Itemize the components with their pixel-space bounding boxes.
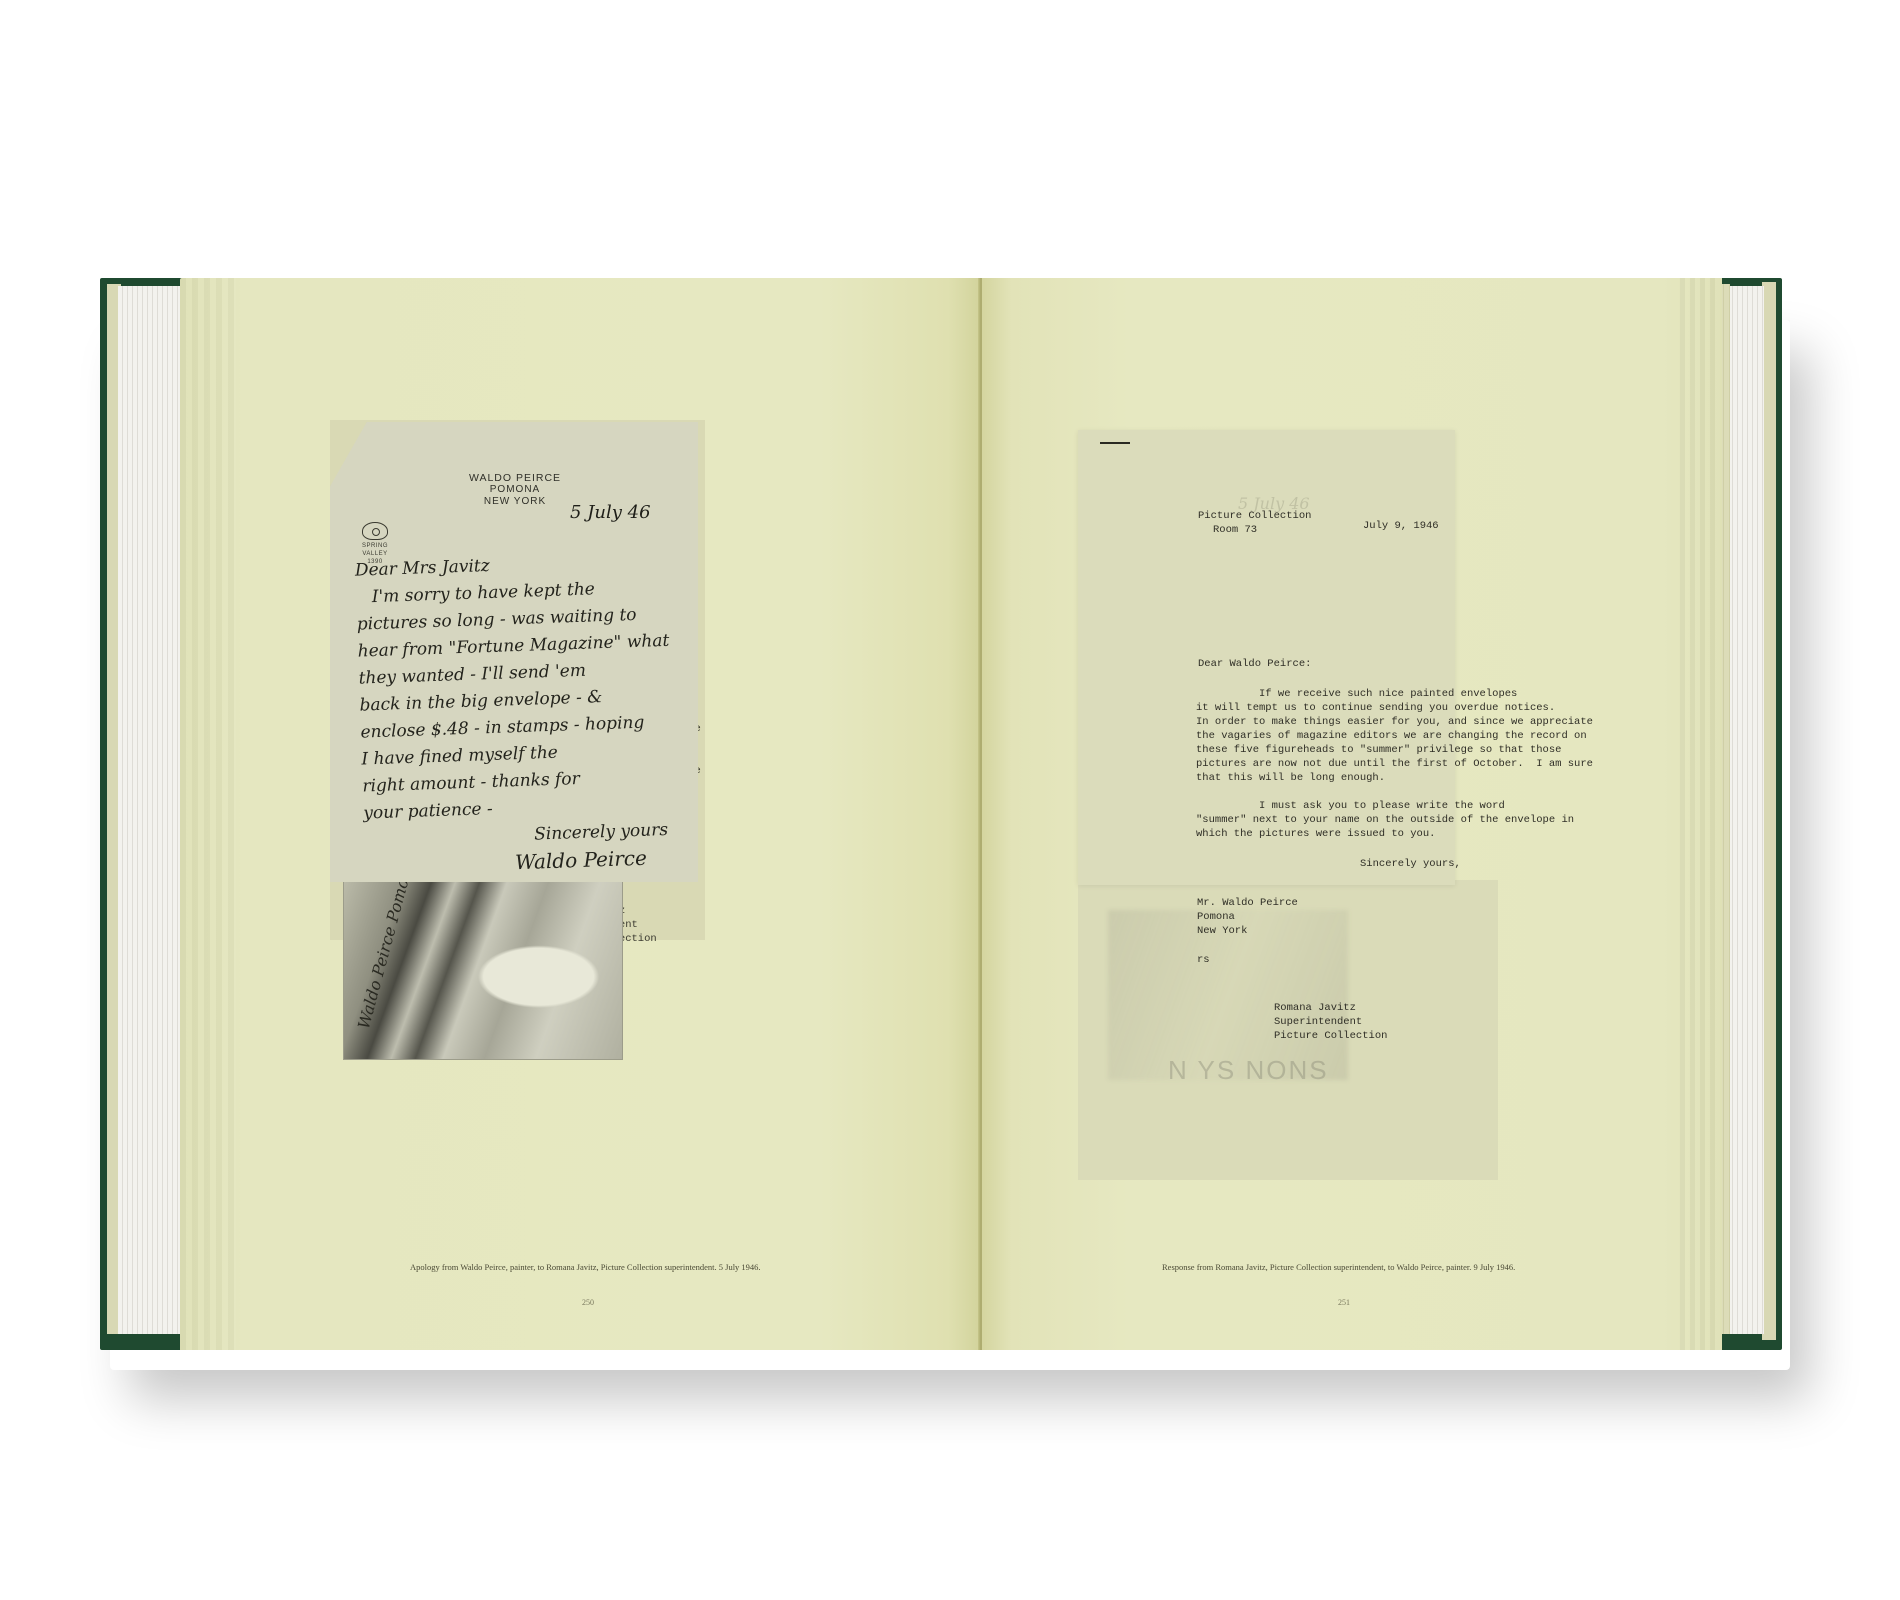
paragraph-line: pictures are now not due until the first… bbox=[1196, 758, 1593, 772]
recipient-state: New York bbox=[1197, 925, 1247, 939]
recipient-town: Pomona bbox=[1197, 911, 1235, 925]
left-page-number: 250 bbox=[582, 1298, 594, 1307]
paragraph-line: which the pictures were issued to you. bbox=[1196, 828, 1435, 842]
typist-initials: rs bbox=[1197, 954, 1210, 968]
paragraph-line: "summer" next to your name on the outsid… bbox=[1196, 814, 1574, 828]
paragraph-line: I must ask you to please write the word bbox=[1196, 800, 1505, 814]
paragraph-line: the vagaries of magazine editors we are … bbox=[1196, 730, 1587, 744]
page-edges-right bbox=[1728, 286, 1764, 1334]
signature-name: Romana Javitz bbox=[1274, 1002, 1356, 1016]
page-edges-left bbox=[118, 286, 186, 1334]
left-page-stack bbox=[180, 278, 236, 1350]
salutation: Dear Waldo Peirce: bbox=[1198, 658, 1311, 672]
handwritten-body: Dear Mrs Javitz I'm sorry to have kept t… bbox=[354, 547, 685, 882]
typed-response-letter: 5 July 46 Picture Collection Room 73 Jul… bbox=[1078, 430, 1455, 885]
margin-mark bbox=[1100, 442, 1130, 444]
paragraph-line: it will tempt us to continue sending you… bbox=[1196, 702, 1555, 716]
letterhead-town: POMONA bbox=[450, 484, 580, 496]
left-caption: Apology from Waldo Peirce, painter, to R… bbox=[410, 1262, 761, 1272]
handwritten-date: 5 July 46 bbox=[570, 502, 651, 523]
paragraph-line: these five figureheads to "summer" privi… bbox=[1196, 744, 1561, 758]
right-page-stack bbox=[1680, 278, 1720, 1350]
signature-dept: Picture Collection bbox=[1274, 1030, 1387, 1044]
painted-envelope-sketch: Waldo Peirce Pomona N.Y. bbox=[343, 875, 623, 1060]
letter-date: July 9, 1946 bbox=[1363, 520, 1439, 534]
ghost-stamp: N YS NONS bbox=[1168, 1055, 1329, 1086]
letterhead-name: WALDO PEIRCE bbox=[450, 472, 580, 484]
closing: Sincerely yours, bbox=[1360, 858, 1461, 872]
paragraph-line: If we receive such nice painted envelope… bbox=[1196, 688, 1517, 702]
recipient-name: Mr. Waldo Peirce bbox=[1197, 897, 1298, 911]
letterhead: WALDO PEIRCE POMONA NEW YORK bbox=[450, 472, 580, 508]
handwritten-letter: WALDO PEIRCE POMONA NEW YORK SPRING VALL… bbox=[330, 422, 698, 882]
right-page-number: 251 bbox=[1338, 1298, 1350, 1307]
signature-title: Superintendent bbox=[1274, 1016, 1362, 1030]
letterhead-state: NEW YORK bbox=[450, 496, 580, 508]
telephone-icon bbox=[362, 522, 388, 540]
sender-dept: Picture Collection bbox=[1198, 510, 1311, 524]
page-edge-right-tint bbox=[1762, 282, 1776, 1340]
paragraph-line: In order to make things easier for you, … bbox=[1196, 716, 1593, 730]
sender-room: Room 73 bbox=[1213, 524, 1257, 538]
right-caption: Response from Romana Javitz, Picture Col… bbox=[1162, 1262, 1515, 1272]
paragraph-line: that this will be long enough. bbox=[1196, 772, 1385, 786]
